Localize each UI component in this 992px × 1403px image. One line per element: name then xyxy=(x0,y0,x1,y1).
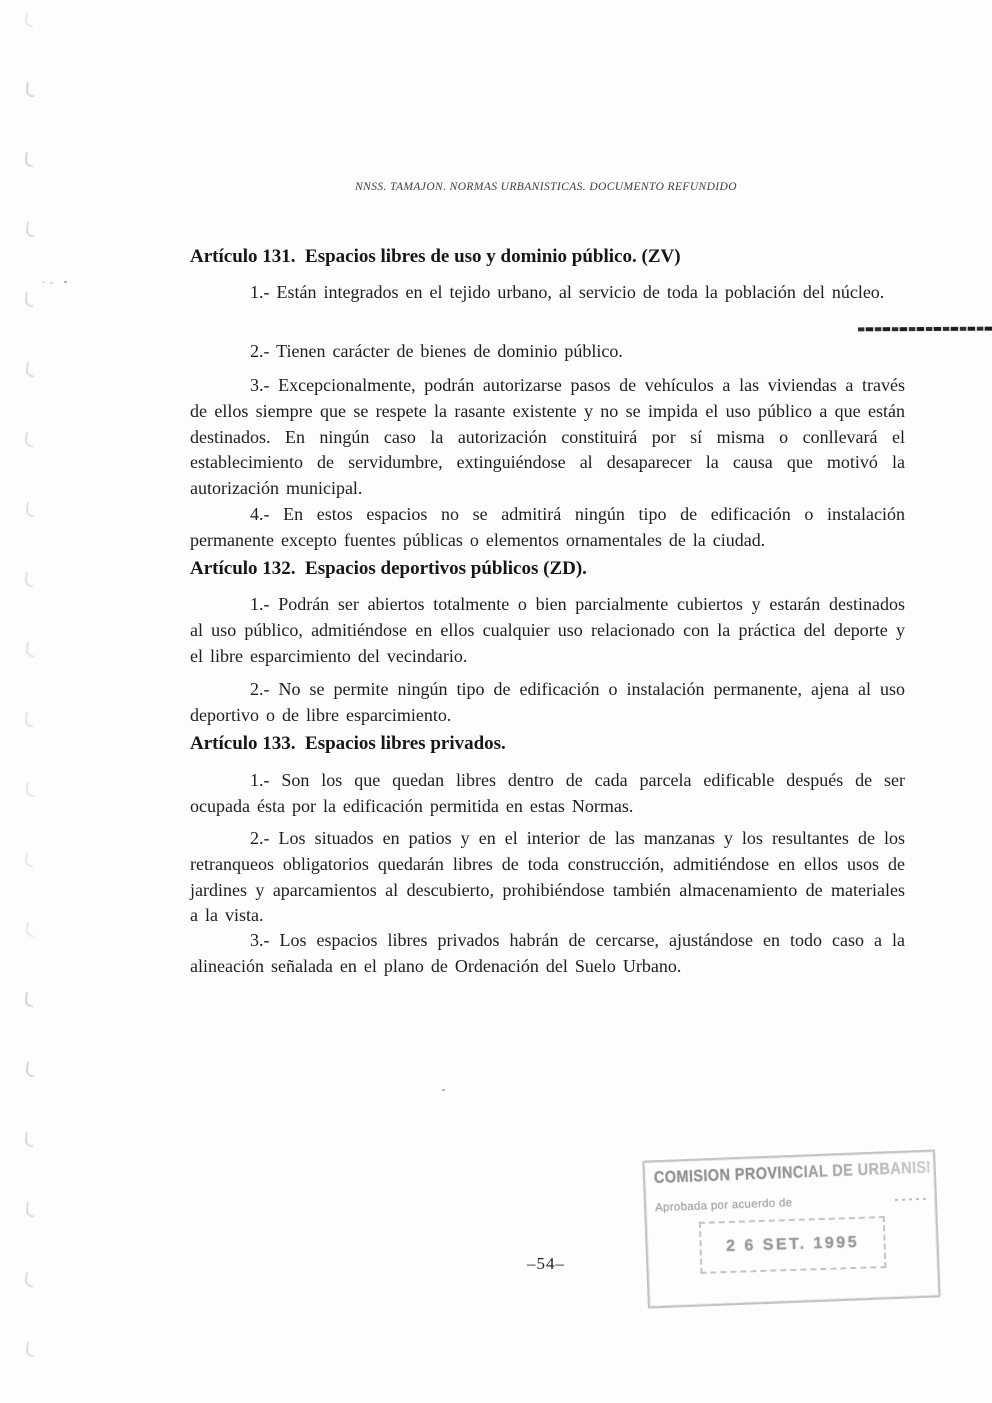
binding-mark xyxy=(24,292,35,308)
binding-mark xyxy=(25,1202,36,1218)
binding-mark xyxy=(24,852,35,868)
binding-mark xyxy=(25,82,36,98)
article-paragraph: 3.- Los espacios libres privados habrán … xyxy=(190,928,905,980)
binding-mark xyxy=(25,1342,36,1358)
article-title: Artículo 133. Espacios libres privados. xyxy=(190,733,905,755)
binding-mark xyxy=(24,12,35,28)
article-paragraph: 1.- Están integrados en el tejido urbano… xyxy=(190,280,905,306)
article-title: Artículo 131. Espacios libres de uso y d… xyxy=(190,246,905,268)
running-header: NNSS. TAMAJON. NORMAS URBANISTICAS. DOCU… xyxy=(190,181,902,193)
binding-mark xyxy=(25,922,36,938)
binding-mark xyxy=(24,1272,35,1288)
stamp-dotted-line xyxy=(895,1198,927,1201)
article-paragraph: 3.- Excepcionalmente, podrán autorizarse… xyxy=(190,373,905,502)
article-paragraph: 2.- Tienen carácter de bienes de dominio… xyxy=(190,339,905,365)
scan-speck xyxy=(64,281,67,283)
binding-mark xyxy=(24,1132,35,1148)
binding-mark xyxy=(24,432,35,448)
binding-mark xyxy=(24,572,35,588)
binding-mark xyxy=(25,1062,36,1078)
article-paragraph: 1.- Son los que quedan libres dentro de … xyxy=(190,768,905,820)
article-paragraph: 1.- Podrán ser abiertos totalmente o bie… xyxy=(190,592,905,669)
approval-stamp: COMISION PROVINCIAL DE URBANISMO Aprobad… xyxy=(642,1149,940,1308)
scan-speck xyxy=(442,1089,445,1091)
binding-mark xyxy=(25,502,36,518)
binding-mark xyxy=(24,712,35,728)
binding-mark xyxy=(25,642,36,658)
binding-mark xyxy=(25,362,36,378)
scan-artifact-line xyxy=(858,327,992,332)
binding-mark xyxy=(25,782,36,798)
article-paragraph: 2.- Los situados en patios y en el inter… xyxy=(190,826,905,929)
article-paragraph: 2.- No se permite ningún tipo de edifica… xyxy=(190,677,905,729)
stamp-date: 2 6 SET. 1995 xyxy=(726,1234,860,1256)
article-title: Artículo 132. Espacios deportivos públic… xyxy=(190,558,905,580)
binding-mark xyxy=(24,992,35,1008)
binding-mark xyxy=(25,222,36,238)
stamp-title: COMISION PROVINCIAL DE URBANISMO xyxy=(654,1159,931,1188)
article-paragraph: 4.- En estos espacios no se admitirá nin… xyxy=(190,502,905,554)
stamp-approval-text: Aprobada por acuerdo de xyxy=(655,1197,793,1214)
stamp-date-box: 2 6 SET. 1995 xyxy=(699,1216,887,1274)
document-page: NNSS. TAMAJON. NORMAS URBANISTICAS. DOCU… xyxy=(0,0,992,1403)
binding-mark xyxy=(24,152,35,168)
